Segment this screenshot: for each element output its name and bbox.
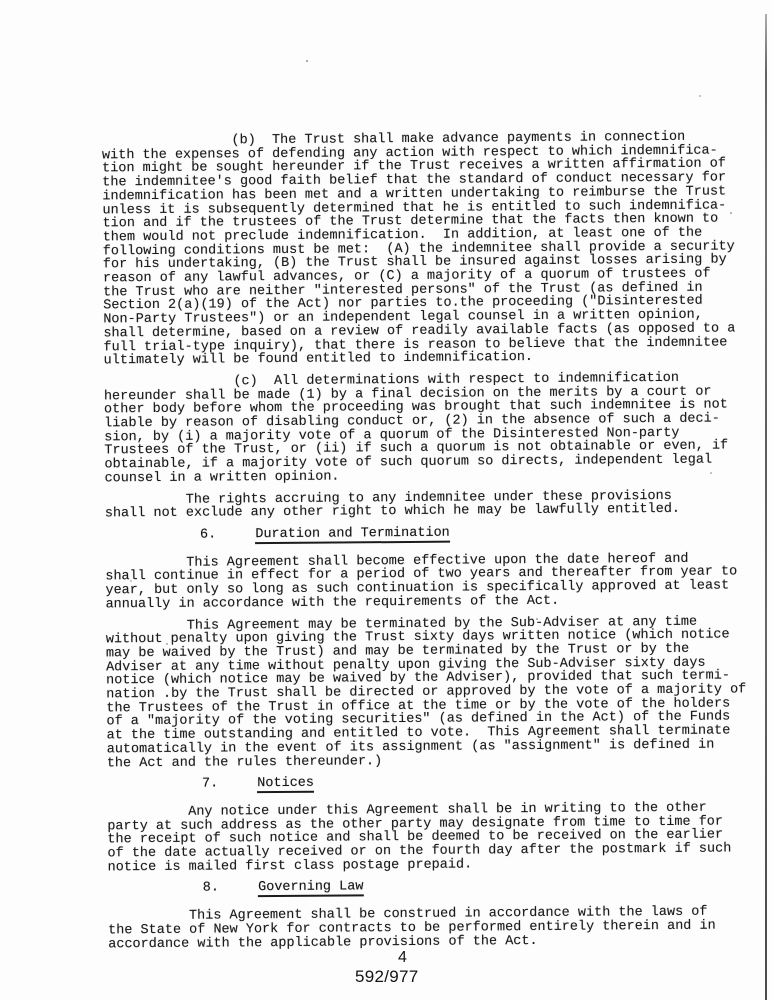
page-number: 4 bbox=[398, 949, 407, 967]
section-number: 7. bbox=[202, 778, 218, 792]
paragraph-b-advance-payments: (b) The Trust shall make advance payment… bbox=[102, 130, 766, 368]
section-title: Governing Law bbox=[258, 881, 363, 898]
paragraph-rights-accruing: The rights accruing to any indemnitee un… bbox=[105, 489, 767, 522]
scan-artifact-line bbox=[765, 14, 767, 1000]
section-title: Duration and Termination bbox=[255, 527, 450, 544]
section-heading-duration-termination: 6. Duration and Termination bbox=[105, 524, 767, 545]
section-heading-governing-law: 8. Governing Law bbox=[108, 878, 770, 899]
scanned-document-page: (b) The Trust shall make advance payment… bbox=[0, 0, 772, 1000]
paragraph-notice-requirements: Any notice under this Agreement shall be… bbox=[107, 801, 770, 875]
paragraph-governing-law-text: This Agreement shall be construed in acc… bbox=[108, 905, 770, 951]
document-body: (b) The Trust shall make advance payment… bbox=[102, 130, 770, 959]
paragraph-c-determinations: (c) All determinations with respect to i… bbox=[104, 371, 767, 486]
section-number: 6. bbox=[200, 528, 216, 542]
paragraph-termination-terms: This Agreement may be terminated by the … bbox=[106, 615, 769, 771]
scan-noise-speckles bbox=[306, 60, 308, 62]
section-heading-notices: 7. Notices bbox=[107, 773, 769, 794]
section-number: 8. bbox=[203, 882, 219, 896]
section-title: Notices bbox=[257, 777, 314, 793]
page-stamp-number: 592/977 bbox=[355, 967, 419, 987]
paragraph-effective-date: This Agreement shall become effective up… bbox=[105, 552, 767, 612]
